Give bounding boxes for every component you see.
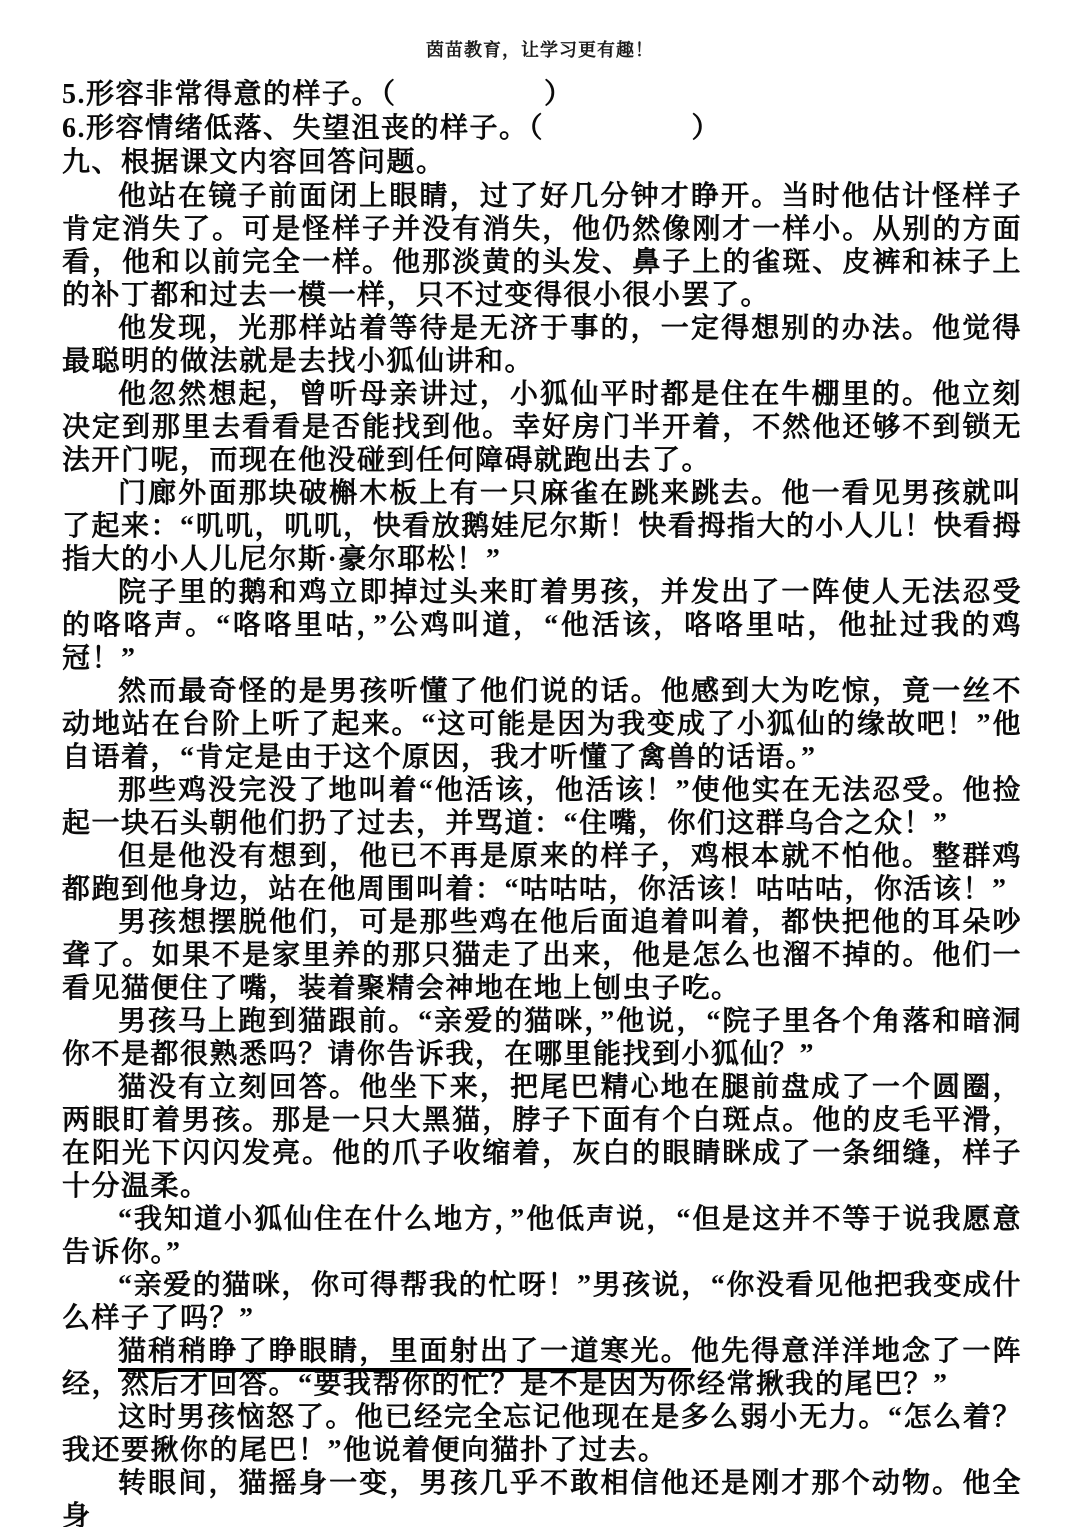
- worksheet-content: 5.形容非常得意的样子。（ ） 6.形容情绪低落、失望沮丧的样子。（ ） 九、根…: [62, 78, 1022, 1527]
- story-paragraph-6: 然而最奇怪的是男孩听懂了他们说的话。他感到大为吃惊，竟一丝不动地站在台阶上听了起…: [62, 675, 1022, 774]
- story-paragraph-1: 他站在镜子前面闭上眼睛，过了好几分钟才睁开。当时他估计怪样子肯定消失了。可是怪样…: [62, 180, 1022, 312]
- story-paragraph-2: 他发现，光那样站着等待是无济于事的，一定得想别的办法。他觉得最聪明的做法就是去找…: [62, 312, 1022, 378]
- story-paragraph-11: 猫没有立刻回答。他坐下来，把尾巴精心地在腿前盘成了一个圆圈，两眼盯着男孩。那是一…: [62, 1071, 1022, 1203]
- story-paragraph-4: 门廊外面那块破槲木板上有一只麻雀在跳来跳去。他一看见男孩就叫了起来：“叽叽，叽叽…: [62, 477, 1022, 576]
- story-paragraph-13: “亲爱的猫咪，你可得帮我的忙呀！”男孩说，“你没看见他把我变成什么样子了吗？”: [62, 1269, 1022, 1335]
- underlined-sentence: 猫稍稍睁了睁眼睛，里面射出了一道寒光。: [118, 1336, 691, 1372]
- story-paragraph-10: 男孩马上跑到猫跟前。“亲爱的猫咪，”他说，“院子里各个角落和暗洞你不是都很熟悉吗…: [62, 1005, 1022, 1071]
- story-paragraph-16: 转眼间，猫摇身一变，男孩几乎不敢相信他还是刚才那个动物。他全身: [62, 1467, 1022, 1527]
- header-slogan: 茵苗教育，让学习更有趣！: [0, 0, 1080, 62]
- story-paragraph-14: 猫稍稍睁了睁眼睛，里面射出了一道寒光。他先得意洋洋地念了一阵经，然后才回答。“要…: [62, 1335, 1022, 1401]
- story-paragraph-8: 但是他没有想到，他已不再是原来的样子，鸡根本就不怕他。整群鸡都跑到他身边，站在他…: [62, 840, 1022, 906]
- story-paragraph-9: 男孩想摆脱他们，可是那些鸡在他后面追着叫着，都快把他的耳朵吵聋了。如果不是家里养…: [62, 906, 1022, 1005]
- question-item-5: 5.形容非常得意的样子。（ ）: [62, 78, 1022, 112]
- story-paragraph-5: 院子里的鹅和鸡立即掉过头来盯着男孩，并发出了一阵使人无法忍受的咯咯声。“咯咯里咕…: [62, 576, 1022, 675]
- story-paragraph-12: “我知道小狐仙住在什么地方，”他低声说，“但是这并不等于说我愿意告诉你。”: [62, 1203, 1022, 1269]
- story-paragraph-15: 这时男孩恼怒了。他已经完全忘记他现在是多么弱小无力。“怎么着？我还要揪你的尾巴！…: [62, 1401, 1022, 1467]
- question-item-6: 6.形容情绪低落、失望沮丧的样子。（ ）: [62, 112, 1022, 146]
- worksheet-page: 茵苗教育，让学习更有趣！ 5.形容非常得意的样子。（ ） 6.形容情绪低落、失望…: [0, 0, 1080, 1527]
- story-paragraph-3: 他忽然想起，曾听母亲讲过，小狐仙平时都是住在牛棚里的。他立刻决定到那里去看看是否…: [62, 378, 1022, 477]
- section-nine-title: 九、根据课文内容回答问题。: [62, 146, 1022, 180]
- story-paragraph-7: 那些鸡没完没了地叫着“他活该，他活该！”使他实在无法忍受。他捡起一块石头朝他们扔…: [62, 774, 1022, 840]
